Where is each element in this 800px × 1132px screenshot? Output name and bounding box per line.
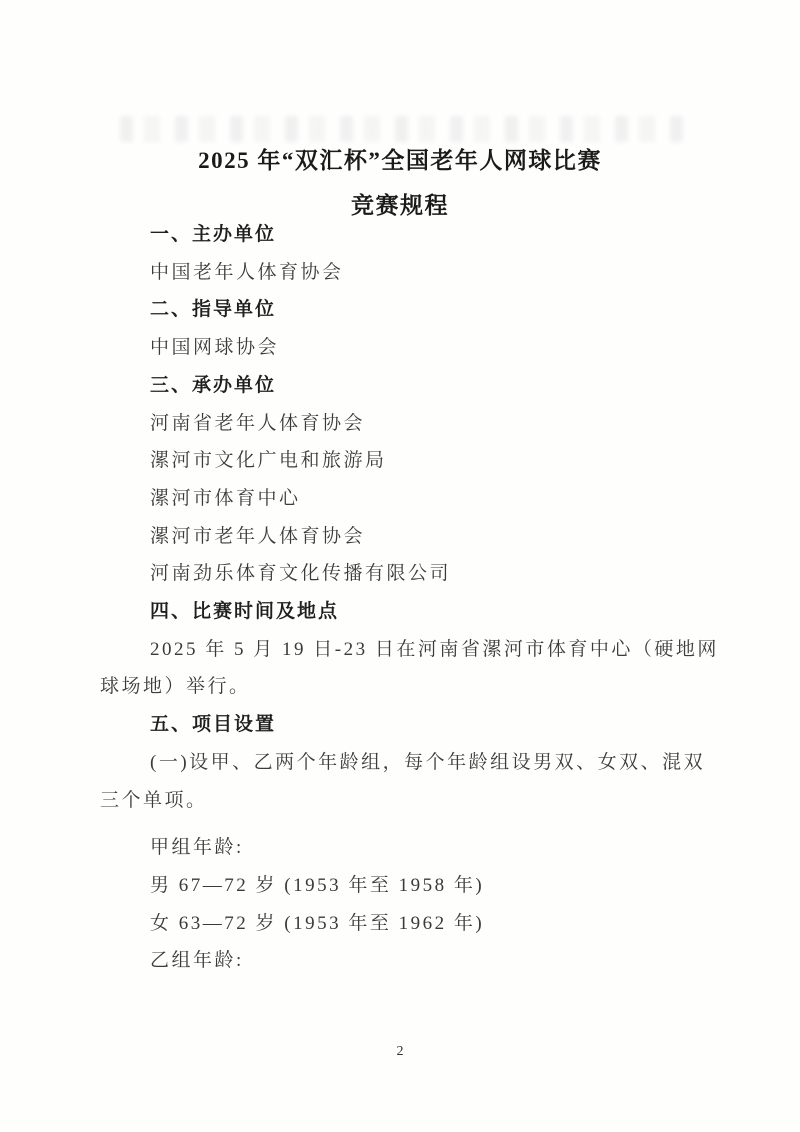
section-heading-3-host: 三、承办单位 <box>100 367 704 405</box>
section-heading-1-organizer: 一、主办单位 <box>100 216 704 254</box>
group-a-age-women: 女 63—72 岁 (1953 年至 1962 年) <box>100 905 704 943</box>
page-footer: 2 <box>0 1042 800 1060</box>
host-unit-4: 漯河市老年人体育协会 <box>100 518 704 556</box>
document-page: 2025 年“双汇杯”全国老年人网球比赛 竞赛规程 一、主办单位 中国老年人体育… <box>0 0 800 1132</box>
host-unit-2: 漯河市文化广电和旅游局 <box>100 442 704 480</box>
organizer-name: 中国老年人体育协会 <box>100 254 704 292</box>
host-unit-5: 河南劲乐体育文化传播有限公司 <box>100 555 704 593</box>
time-place-paragraph-line-2: 球场地）举行。 <box>100 668 704 706</box>
time-place-paragraph-line-1: 2025 年 5 月 19 日-23 日在河南省漯河市体育中心（硬地网 <box>100 631 704 669</box>
title-line-1: 2025 年“双汇杯”全国老年人网球比赛 <box>0 138 800 183</box>
section-heading-5-events: 五、项目设置 <box>100 706 704 744</box>
section-heading-4-time-place: 四、比赛时间及地点 <box>100 593 704 631</box>
group-a-age-label: 甲组年龄: <box>100 829 704 867</box>
events-paragraph-line-2: 三个单项。 <box>100 782 704 820</box>
events-paragraph-line-1: (一)设甲、乙两个年龄组，每个年龄组设男双、女双、混双 <box>100 744 704 782</box>
group-a-age-men: 男 67—72 岁 (1953 年至 1958 年) <box>100 867 704 905</box>
host-unit-1: 河南省老年人体育协会 <box>100 405 704 443</box>
document-body: 一、主办单位 中国老年人体育协会 二、指导单位 中国网球协会 三、承办单位 河南… <box>100 216 704 980</box>
document-title: 2025 年“双汇杯”全国老年人网球比赛 竞赛规程 <box>0 138 800 228</box>
group-b-age-label: 乙组年龄: <box>100 942 704 980</box>
page-number: 2 <box>397 1044 404 1059</box>
guidance-unit-name: 中国网球协会 <box>100 329 704 367</box>
host-unit-3: 漯河市体育中心 <box>100 480 704 518</box>
section-heading-2-guidance: 二、指导单位 <box>100 291 704 329</box>
